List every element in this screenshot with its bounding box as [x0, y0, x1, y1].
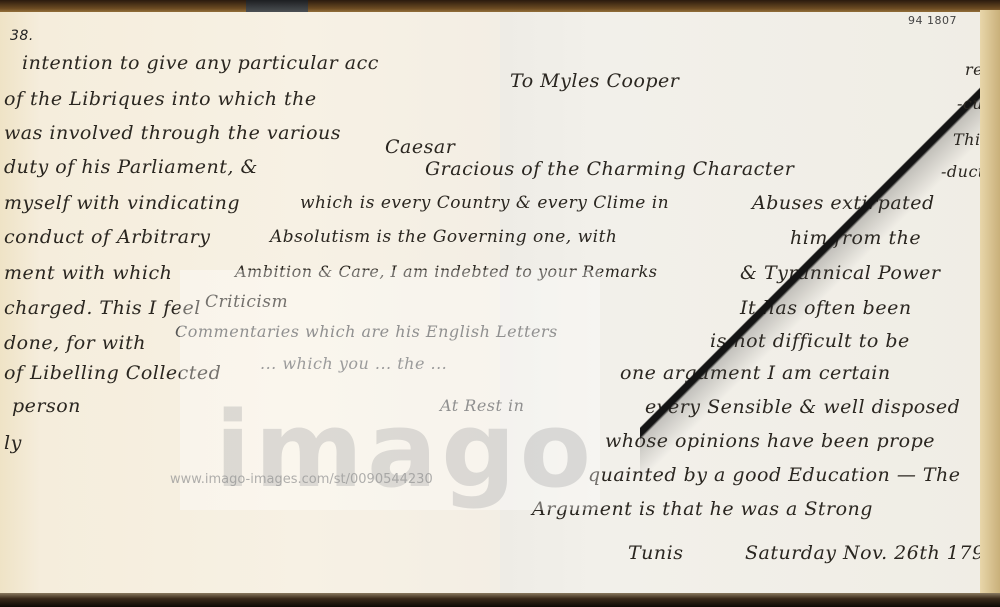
- right-line-7: every Sensible & well disposed: [645, 396, 960, 418]
- greeting: Caesar: [385, 136, 455, 158]
- center-line-3: Absolutism is the Governing one, with: [270, 227, 617, 247]
- third-page-fragment: reg -cum Thing -duct &: [905, 12, 983, 372]
- left-line-7: ment with which: [4, 262, 172, 284]
- left-line-9: done, for with: [4, 332, 146, 354]
- left-line-2: of the Libriques into which the: [4, 88, 317, 110]
- right-line-5: is not difficult to be: [710, 330, 910, 352]
- left-line-6: conduct of Arbitrary: [4, 226, 210, 248]
- center-line-1: Gracious of the Charming Character: [425, 158, 794, 180]
- right-line-9: quainted by a good Education — The: [588, 464, 961, 486]
- left-line-12: ly: [4, 432, 22, 454]
- right-line-4: It has often been: [740, 297, 912, 319]
- signature-place: Tunis: [628, 542, 683, 564]
- right-line-6: one argument I am certain: [620, 362, 891, 384]
- book-bottom-edge: [0, 593, 1000, 607]
- left-line-3: was involved through the various: [4, 122, 341, 144]
- left-line-1: intention to give any particular acc: [22, 52, 379, 74]
- open-letter-book: 38. intention to give any particular acc…: [0, 0, 1000, 607]
- center-line-2: which is every Country & every Clime in: [300, 193, 669, 213]
- watermark-url: www.imago-images.com/st/0090544230: [170, 472, 433, 487]
- left-line-8: charged. This I feel: [4, 297, 201, 319]
- right-line-8: whose opinions have been prope: [605, 430, 935, 452]
- left-line-4: duty of his Parliament, &: [4, 156, 258, 178]
- letter-date: Saturday Nov. 26th 1791: [745, 542, 990, 564]
- page-number: 38.: [10, 28, 34, 44]
- salutation: To Myles Cooper: [510, 70, 679, 92]
- page-block-edge: [980, 10, 1000, 595]
- left-line-11: person: [12, 395, 81, 417]
- left-line-5: myself with vindicating: [4, 192, 240, 214]
- right-line-2: him from the: [790, 227, 921, 249]
